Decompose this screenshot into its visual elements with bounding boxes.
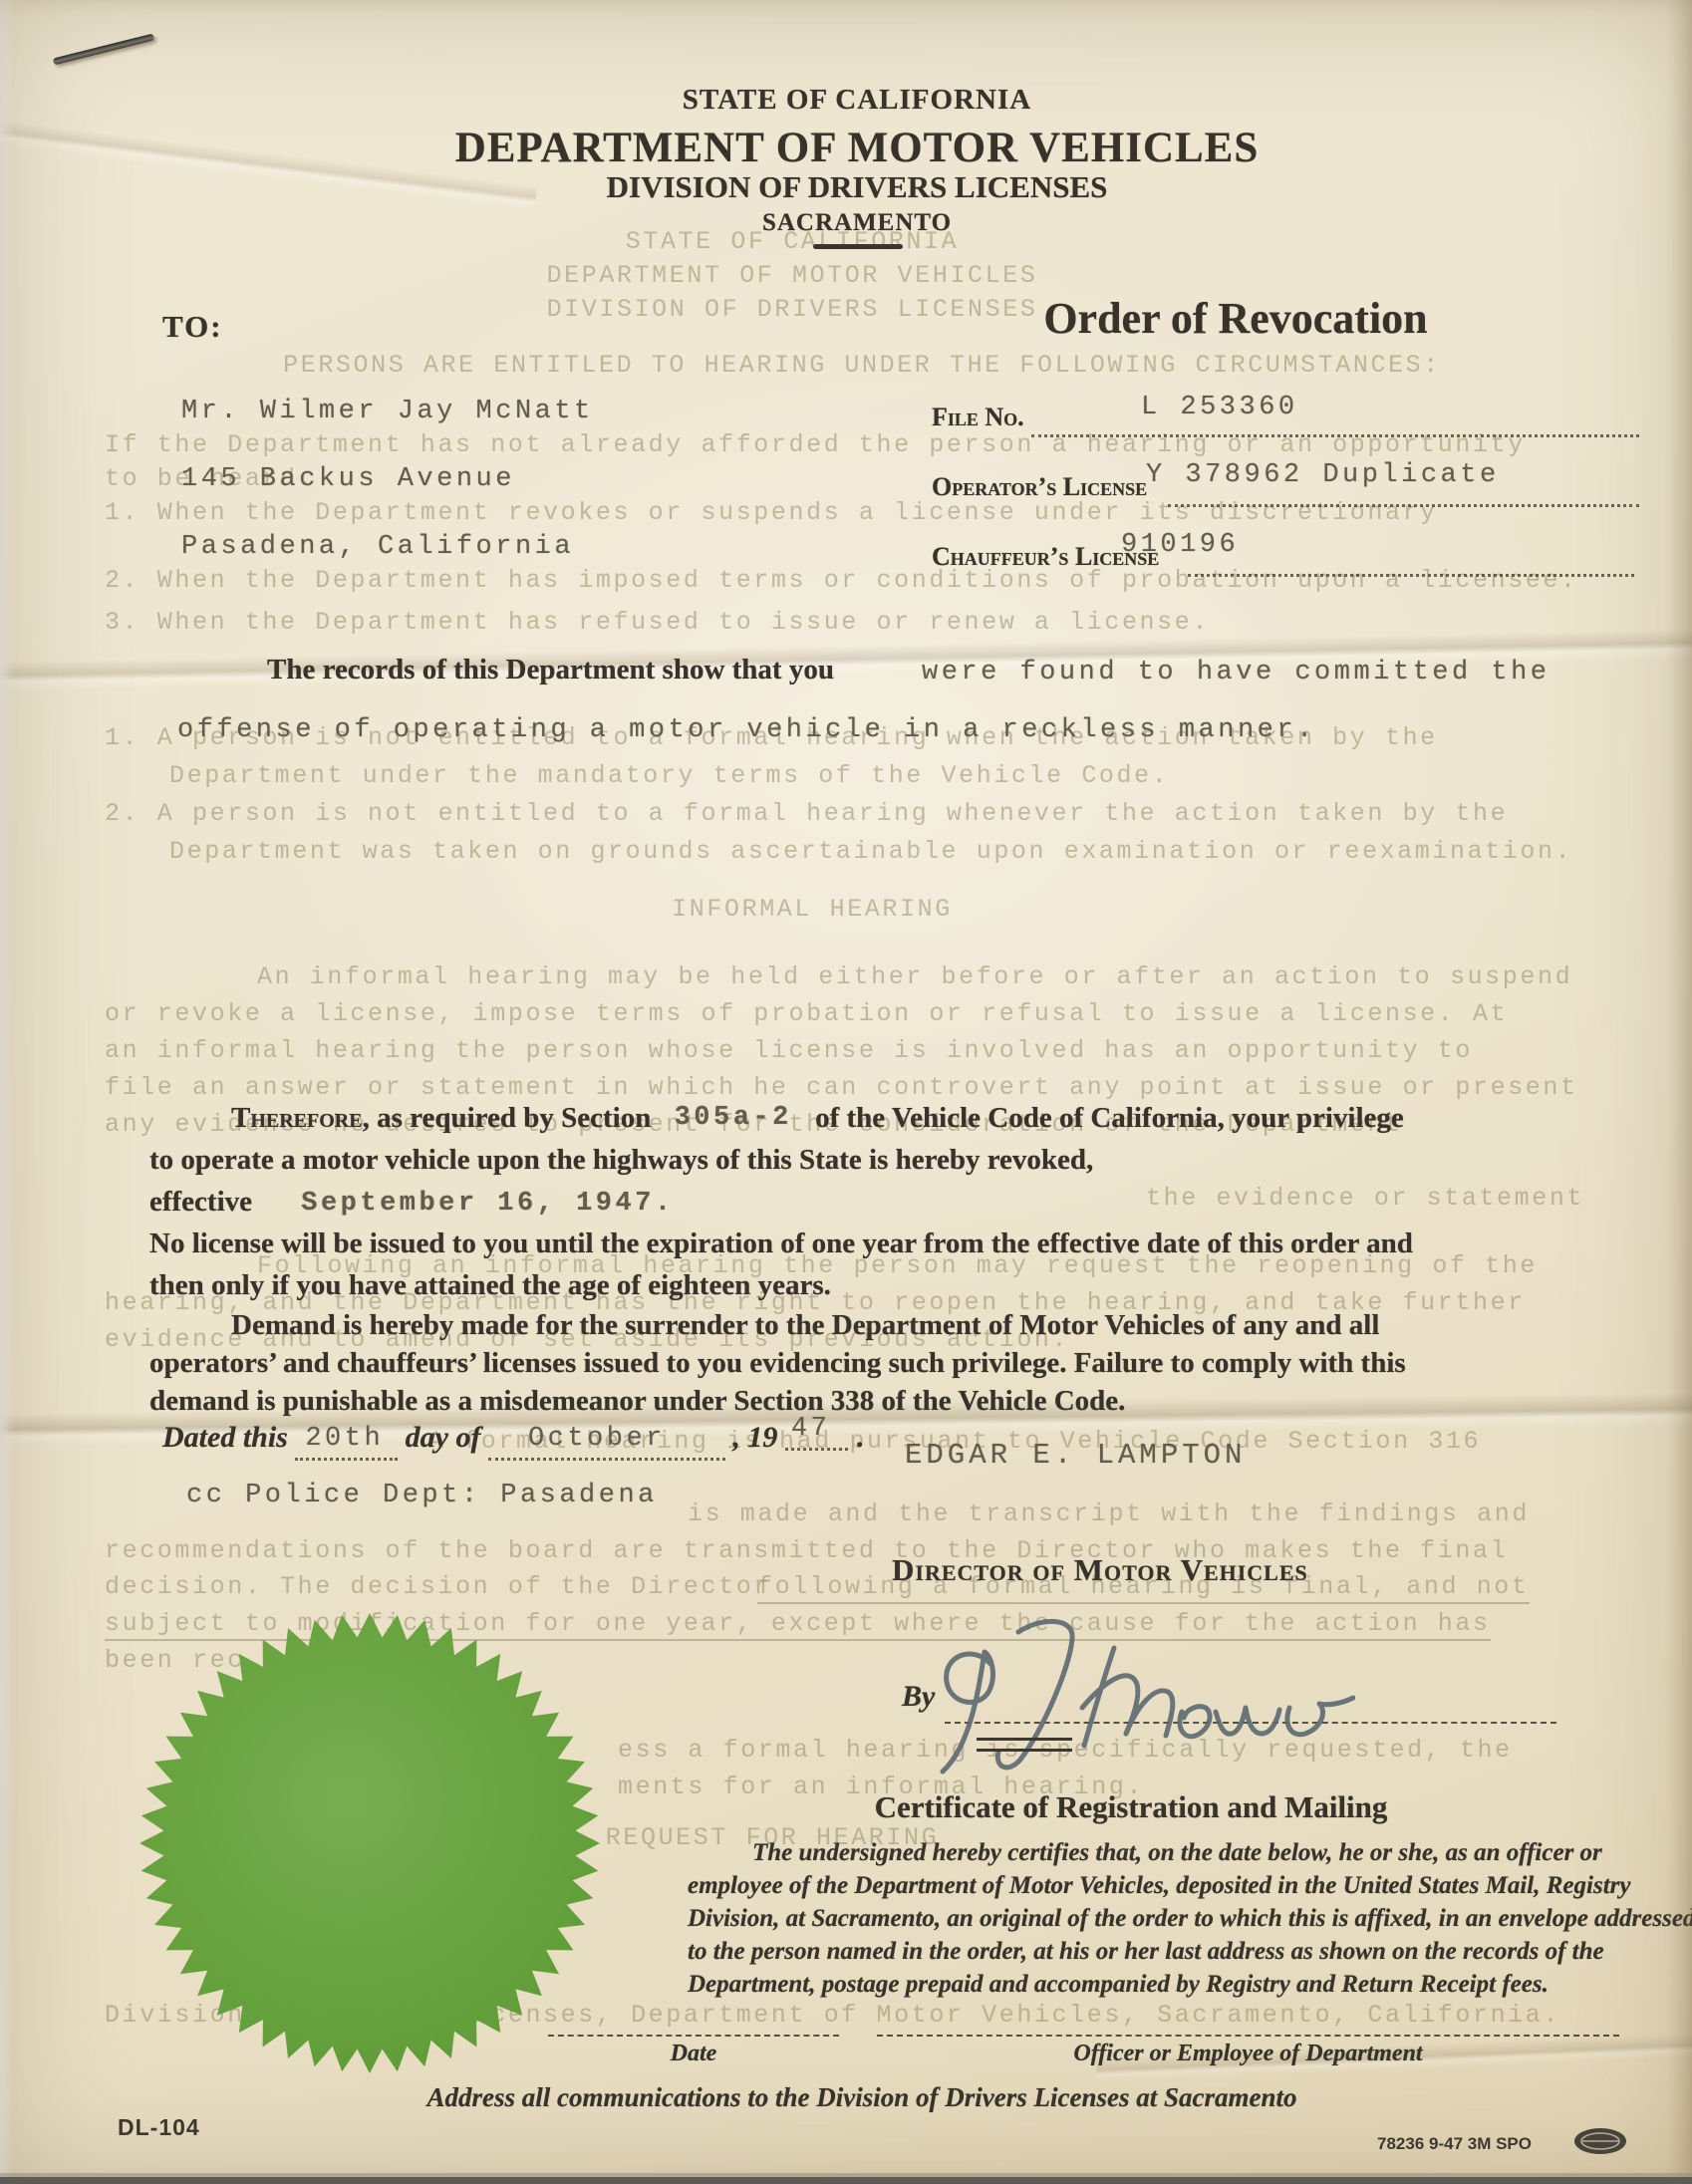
demand-line-1: Demand is hereby made for the surrender … <box>231 1309 1379 1342</box>
file-no-value: L 253360 <box>1141 393 1298 422</box>
therefore-line-1: Therefore, as required by Section 305a-2… <box>231 1102 1404 1136</box>
letterhead-rule <box>813 244 903 249</box>
dated-year-prefix: , 19 <box>732 1421 777 1454</box>
bleed-through-text: 3. When the Department has refused to is… <box>105 608 1210 637</box>
effective-date-typed: September 16, 1947. <box>301 1189 674 1219</box>
recipient-name: Mr. Wilmer Jay McNatt <box>181 397 594 426</box>
bleed-through-text: Department under the mandatory terms of … <box>169 761 1169 790</box>
certificate-line-3: Division, at Sacramento, an original of … <box>688 1905 1692 1933</box>
bleed-through-text: An informal hearing may be held either b… <box>257 962 1572 991</box>
bleed-through-text: an informal hearing the person whose lic… <box>105 1036 1473 1065</box>
letterhead-state: STATE OF CALIFORNIA <box>20 84 1692 117</box>
recipient-city: Pasadena, California <box>181 532 574 562</box>
letterhead-division: DIVISION OF DRIVERS LICENSES <box>20 169 1692 205</box>
bleed-through-text: is made and the transcript with the find… <box>688 1500 1530 1528</box>
certificate-title: Certificate of Registration and Mailing <box>688 1789 1574 1825</box>
officer-blank-line <box>877 2007 1619 2037</box>
effective-line: effective September 16, 1947. <box>149 1186 675 1220</box>
bleed-through-text: DIVISION OF DRIVERS LICENSES <box>547 295 1038 324</box>
cc-line-typed: cc Police Dept: Pasadena <box>186 1481 658 1510</box>
bleed-through-text: file an answer or statement in which he … <box>105 1073 1578 1102</box>
print-code: 78236 9-47 3M SPO <box>1377 2134 1532 2154</box>
scan-edge <box>0 0 14 2184</box>
dated-day-typed: 20th <box>295 1424 398 1461</box>
file-no-label: File No. <box>932 403 1024 432</box>
scan-edge <box>0 2177 1692 2184</box>
dated-prefix: Dated this <box>162 1421 288 1454</box>
demand-line-3: demand is punishable as a misdemeanor un… <box>149 1385 1125 1418</box>
to-label: TO: <box>162 309 223 345</box>
bleed-through-text: 2. A person is not entitled to a formal … <box>105 799 1508 828</box>
therefore-word: Therefore, <box>231 1102 370 1134</box>
scanned-document-page: STATE OF CALIFORNIADEPARTMENT OF MOTOR V… <box>0 0 1692 2184</box>
green-notary-seal <box>138 1611 602 2075</box>
form-number: DL-104 <box>118 2114 200 2141</box>
signature-handwriting <box>927 1606 1355 1790</box>
signature-underscore-mark <box>977 1738 1072 1752</box>
bleed-through-text: PERSONS ARE ENTITLED TO HEARING UNDER TH… <box>283 351 1441 380</box>
effective-label: effective <box>149 1186 252 1218</box>
scan-edge <box>1666 0 1692 2184</box>
certificate-line-1: The undersigned hereby certifies that, o… <box>752 1839 1602 1867</box>
dated-month-typed: October <box>488 1424 725 1461</box>
footer-address-line: Address all communications to the Divisi… <box>149 2082 1574 2113</box>
certificate-line-5: Department, postage prepaid and accompan… <box>688 1971 1549 1999</box>
union-printing-label-icon <box>1572 2124 1628 2158</box>
operators-license-label: Operator’s License <box>932 472 1147 502</box>
bleed-through-text: decision. The decision of the Director <box>105 1572 771 1601</box>
dated-middle: day of <box>406 1421 481 1454</box>
bleed-through-text: Department was taken on grounds ascertai… <box>169 837 1572 866</box>
bleed-through-text: the evidence or statement <box>1146 1184 1584 1213</box>
file-no-line <box>1031 403 1639 437</box>
recipient-street: 145 Backus Avenue <box>181 464 515 494</box>
records-typed-text-2: offense of operating a motor vehicle in … <box>177 715 1316 745</box>
staple <box>53 34 155 66</box>
document-title: Order of Revocation <box>1016 293 1455 344</box>
director-title: Director of Motor Vehicles <box>892 1552 1308 1588</box>
certificate-line-4: to the person named in the order, at his… <box>688 1938 1604 1966</box>
bleed-through-text: or revoke a license, impose terms of pro… <box>105 999 1508 1028</box>
officer-label: Officer or Employee of Department <box>877 2041 1619 2067</box>
bleed-through-text: DEPARTMENT OF MOTOR VEHICLES <box>547 261 1038 290</box>
signer-name-typed: EDGAR E. LAMPTON <box>905 1439 1246 1472</box>
therefore-rest: as required by Section <box>377 1102 651 1134</box>
section-typed-value: 305a-2 <box>675 1103 792 1133</box>
records-printed-text: The records of this Department show that… <box>267 654 834 686</box>
dated-period: . <box>856 1421 864 1454</box>
letterhead-department: DEPARTMENT OF MOTOR VEHICLES <box>20 124 1692 172</box>
certificate-line-2: employee of the Department of Motor Vehi… <box>688 1872 1630 1900</box>
demand-line-2: operators’ and chauffeurs’ licenses issu… <box>149 1347 1406 1380</box>
operators-license-value: Y 378962 Duplicate <box>1146 460 1500 490</box>
dated-year-typed: 47 <box>785 1414 848 1451</box>
no-license-line-2: then only if you have attained the age o… <box>149 1269 831 1302</box>
chauffeurs-license-line <box>1188 542 1634 577</box>
no-license-line-1: No license will be issued to you until t… <box>149 1228 1413 1260</box>
letterhead-city: SACRAMENTO <box>20 209 1692 237</box>
therefore-after: of the Vehicle Code of California, your … <box>815 1102 1404 1134</box>
therefore-line-2: to operate a motor vehicle upon the high… <box>149 1144 1093 1177</box>
chauffeurs-license-value: 910196 <box>1121 530 1239 560</box>
records-typed-text-1: were found to have committed the <box>922 658 1550 687</box>
bleed-through-text: INFORMAL HEARING <box>672 895 953 924</box>
dated-line: Dated this 20th day of October , 19 47 . <box>162 1421 863 1456</box>
